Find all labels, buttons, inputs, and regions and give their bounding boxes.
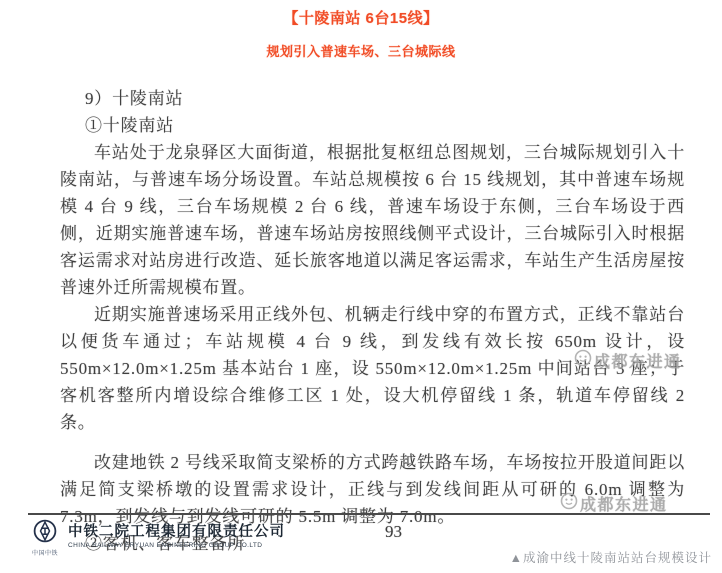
company-name-cn: 中铁二院工程集团有限责任公司 (68, 520, 285, 541)
article-subtitle: 规划引入普速车场、三台城际线 (0, 41, 722, 60)
page-number: 93 (385, 522, 402, 542)
paragraph-yard-layout: 近期实施普速场采用正线外包、机辆走行线中穿的布置方式，正线不靠站台以便货车通过；… (60, 301, 685, 436)
scanned-document-body: 9）十陵南站 ①十陵南站 车站处于龙泉驿区大面街道，根据批复枢纽总图规划，三台城… (60, 85, 685, 557)
company-logo-block: 中国中铁 (28, 519, 62, 557)
station-heading: 9）十陵南站 (60, 85, 685, 112)
article-title: 【十陵南站 6台15线】 (0, 7, 722, 28)
company-name-en: CHINA RAILWAY ERYUAN ENGINEERING GROUP C… (68, 542, 285, 549)
paragraph-station-overview: 车站处于龙泉驿区大面街道，根据批复枢纽总图规划，三台城际规划引入十陵南站，与普速… (60, 139, 685, 301)
china-railway-emblem-icon (33, 519, 57, 548)
image-caption: ▲成渝中线十陵南站站台规模设计 (510, 548, 712, 566)
station-subheading-1: ①十陵南站 (60, 112, 685, 139)
article-page: 【十陵南站 6台15线】 规划引入普速车场、三台城际线 9）十陵南站 ①十陵南站… (0, 0, 722, 573)
logo-caption: 中国中铁 (32, 548, 58, 557)
